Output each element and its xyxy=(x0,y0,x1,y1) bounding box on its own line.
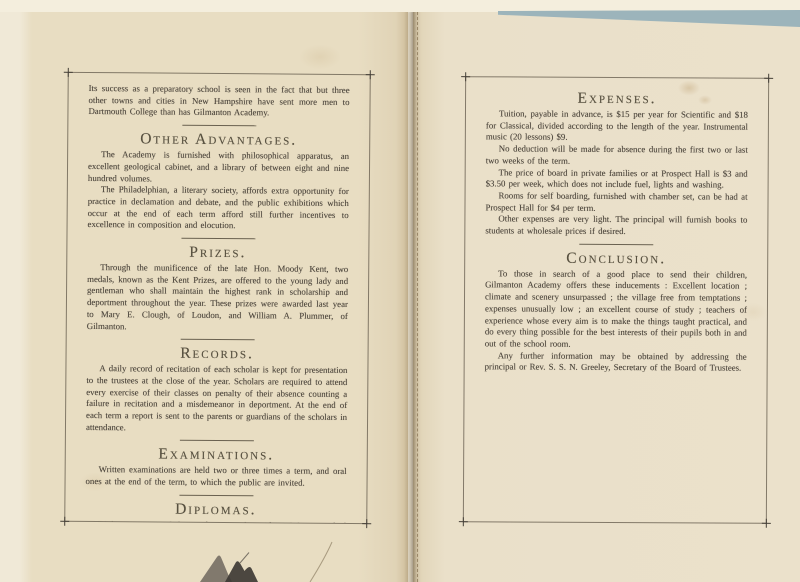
section-heading-other-advantages: Other Advantages. xyxy=(88,130,349,149)
paragraph: No deduction will be made for absence du… xyxy=(486,143,748,168)
section-divider xyxy=(181,238,255,240)
section-heading-expenses: Expenses. xyxy=(486,89,748,107)
scanned-book-spread: Its success as a preparatory school is s… xyxy=(0,0,800,582)
paragraph: Any further information may be obtained … xyxy=(485,350,747,375)
section-heading-records: Records. xyxy=(86,344,347,363)
paragraph: Through the munificence of the late Hon.… xyxy=(87,262,349,334)
section-divider xyxy=(179,440,253,442)
section-heading-conclusion: Conclusion. xyxy=(485,249,747,267)
left-page-content: Its success as a preparatory school is s… xyxy=(65,73,370,523)
ink-sketch-fragment xyxy=(188,551,280,582)
section-divider xyxy=(180,339,254,341)
section-divider xyxy=(179,495,253,497)
paragraph: Written examinations are held two or thr… xyxy=(86,464,347,489)
paragraph: The Academy is furnished with philosophi… xyxy=(88,149,349,186)
right-page-border-frame: Expenses. Tuition, payable in advance, i… xyxy=(463,76,769,524)
paragraph: The price of board in private families o… xyxy=(486,167,748,192)
paragraph: Its success as a preparatory school is s… xyxy=(88,83,349,120)
paragraph: To those in search of a good place to se… xyxy=(485,268,747,351)
paragraph: The Philadelphian, a literary society, a… xyxy=(88,184,349,233)
section-divider xyxy=(579,244,653,245)
section-heading-prizes: Prizes. xyxy=(87,243,348,262)
left-page-border-frame: Its success as a preparatory school is s… xyxy=(64,72,371,524)
paragraph: Rooms for self boarding, furnished with … xyxy=(485,190,747,215)
paragraph: Other expenses are very light. The princ… xyxy=(485,214,747,239)
pencil-scratch-mark xyxy=(298,540,338,582)
section-heading-diplomas: Diplomas. xyxy=(85,500,346,519)
binding-crease-line xyxy=(417,12,418,582)
paragraph: A daily record of recitation of each sch… xyxy=(86,363,348,435)
section-divider xyxy=(182,125,256,127)
right-page-content: Expenses. Tuition, payable in advance, i… xyxy=(464,77,768,523)
paragraph: Tuition, payable in advance, is $15 per … xyxy=(486,108,748,144)
section-heading-examinations: Examinations. xyxy=(86,445,347,464)
